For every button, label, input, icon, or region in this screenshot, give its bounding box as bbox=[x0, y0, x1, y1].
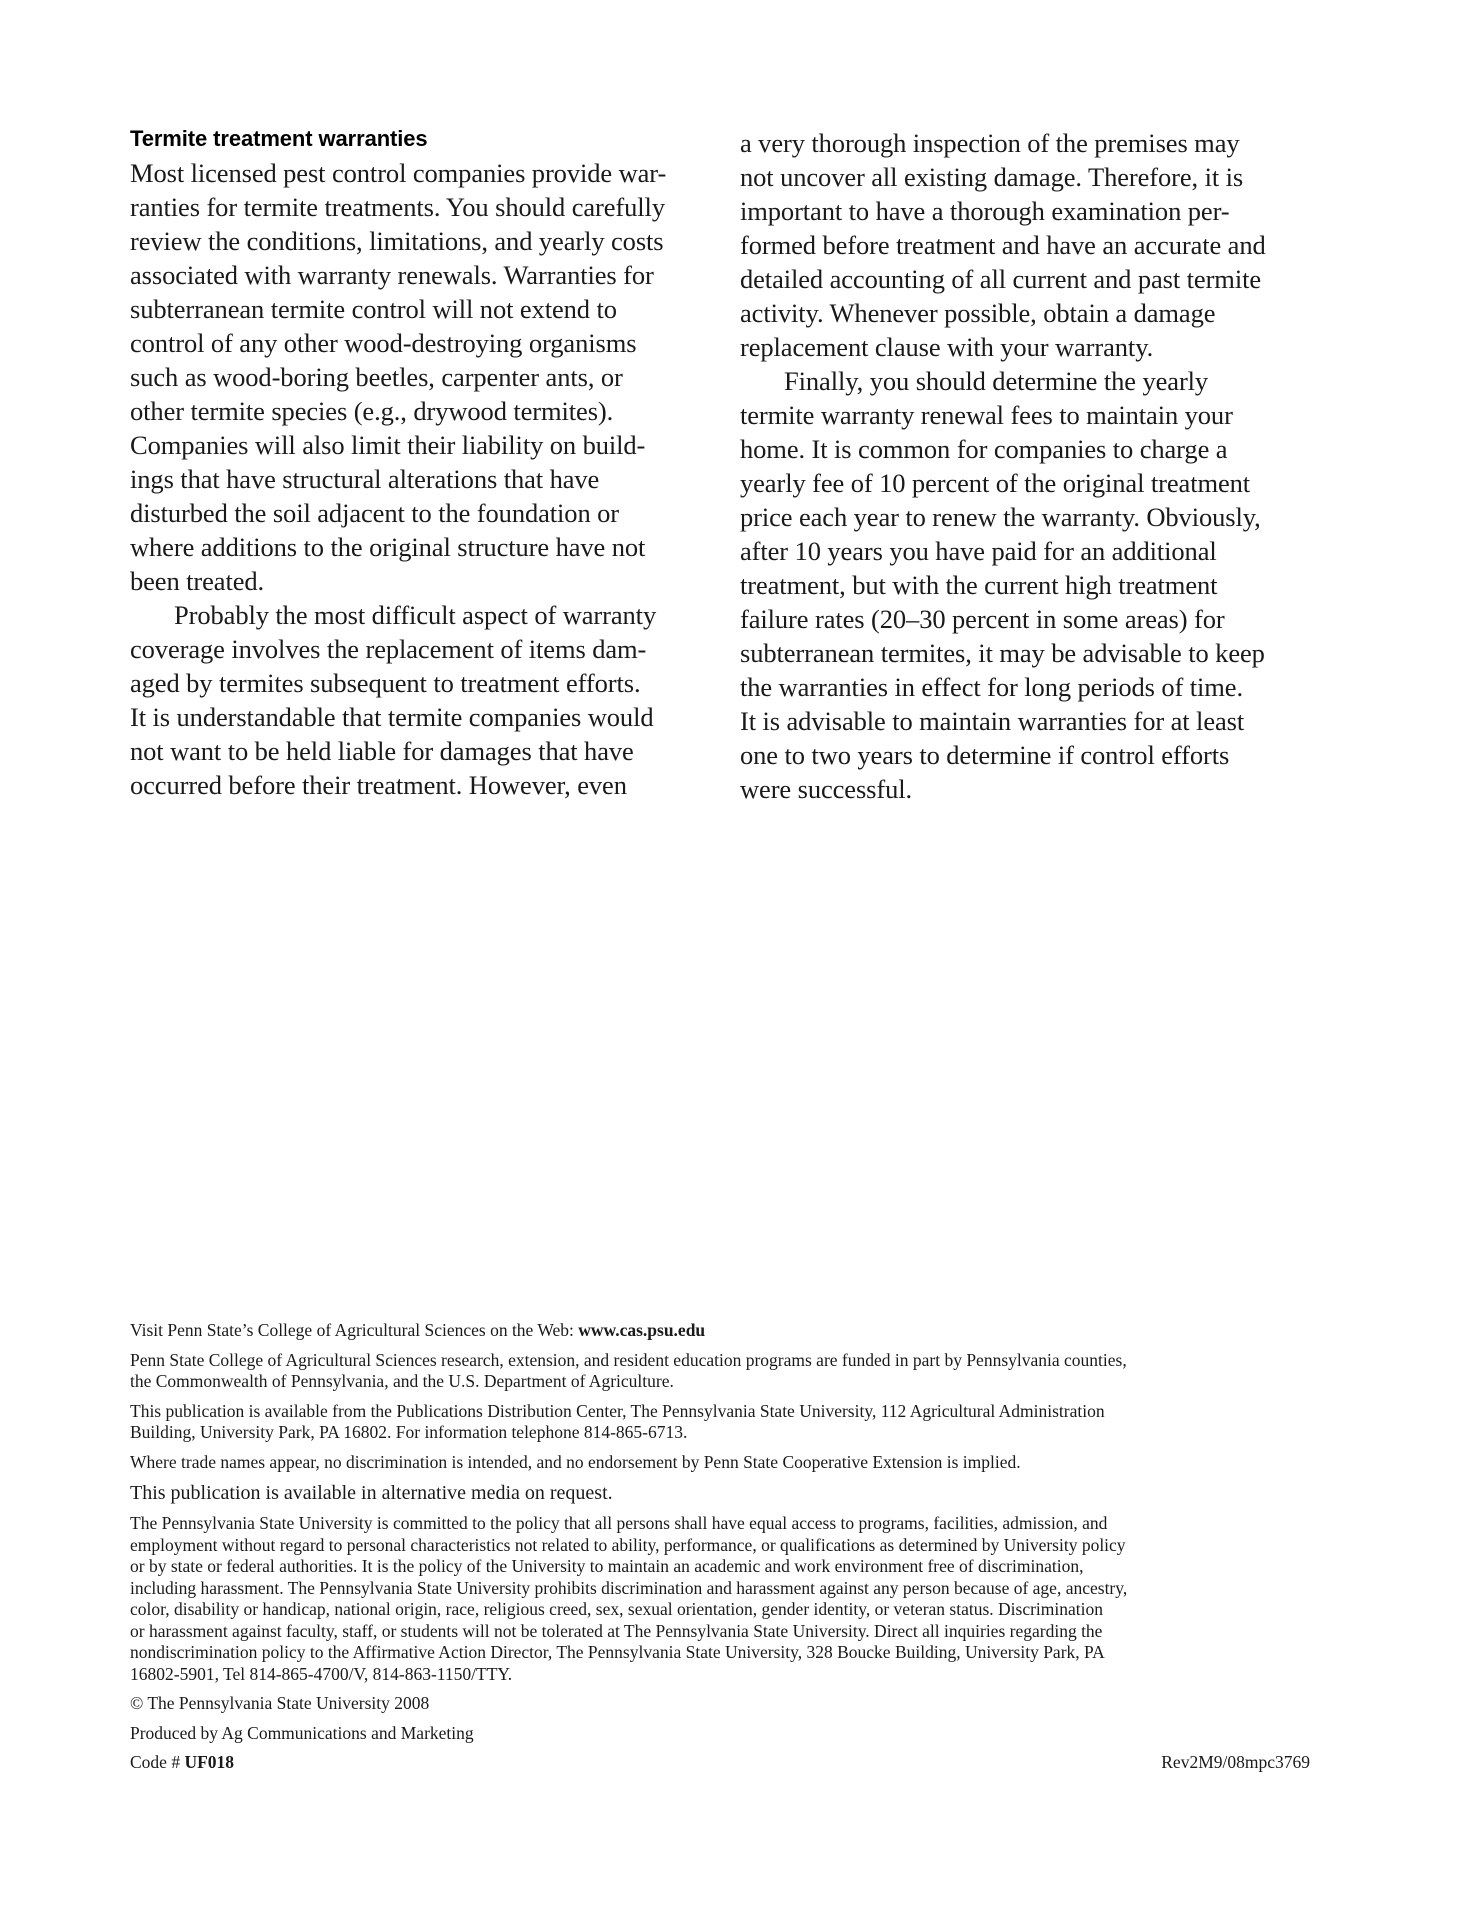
text-line: or by state or federal authorities. It i… bbox=[130, 1556, 1310, 1578]
text-line: subterranean termite control will not ex… bbox=[130, 292, 705, 326]
text-line: Penn State College of Agricultural Scien… bbox=[130, 1350, 1310, 1372]
website-prefix: Visit Penn State’s College of Agricultur… bbox=[130, 1320, 578, 1340]
text-line: subterranean termites, it may be advisab… bbox=[740, 636, 1320, 670]
funding-statement: Penn State College of Agricultural Scien… bbox=[130, 1350, 1310, 1393]
text-line: or harassment against faculty, staff, or… bbox=[130, 1621, 1310, 1643]
trade-names-disclaimer: Where trade names appear, no discriminat… bbox=[130, 1452, 1310, 1474]
text-line: been treated. bbox=[130, 564, 705, 598]
text-line: aged by termites subsequent to treatment… bbox=[130, 666, 705, 700]
text-line: color, disability or handicap, national … bbox=[130, 1599, 1310, 1621]
alternative-media-note: This publication is available in alterna… bbox=[130, 1481, 1310, 1505]
text-line: ranties for termite treatments. You shou… bbox=[130, 190, 705, 224]
text-line: failure rates (20–30 percent in some are… bbox=[740, 602, 1320, 636]
text-line: 16802-5901, Tel 814-865-4700/V, 814-863-… bbox=[130, 1664, 1310, 1686]
section-heading: Termite treatment warranties bbox=[130, 126, 705, 152]
revision-code: Rev2M9/08mpc3769 bbox=[1161, 1752, 1310, 1774]
code-label: Code # bbox=[130, 1752, 184, 1772]
text-line: It is understandable that termite compan… bbox=[130, 700, 705, 734]
availability-statement: This publication is available from the P… bbox=[130, 1401, 1310, 1444]
text-line: coverage involves the replacement of ite… bbox=[130, 632, 705, 666]
document-page: Termite treatment warranties Most licens… bbox=[0, 0, 1484, 1920]
text-line: other termite species (e.g., drywood ter… bbox=[130, 394, 705, 428]
text-line: formed before treatment and have an accu… bbox=[740, 228, 1320, 262]
code-row: Code # UF018 Rev2M9/08mpc3769 bbox=[130, 1752, 1310, 1774]
text-line: Finally, you should determine the yearly bbox=[740, 364, 1320, 398]
text-line: treatment, but with the current high tre… bbox=[740, 568, 1320, 602]
website-link[interactable]: www.cas.psu.edu bbox=[578, 1320, 705, 1340]
text-line: detailed accounting of all current and p… bbox=[740, 262, 1320, 296]
text-line: were successful. bbox=[740, 772, 1320, 806]
publication-footer: Visit Penn State’s College of Agricultur… bbox=[130, 1320, 1310, 1774]
text-line: Companies will also limit their liabilit… bbox=[130, 428, 705, 462]
text-line: review the conditions, limitations, and … bbox=[130, 224, 705, 258]
producer-credit: Produced by Ag Communications and Market… bbox=[130, 1723, 1310, 1745]
text-line: not want to be held liable for damages t… bbox=[130, 734, 705, 768]
text-line: termite warranty renewal fees to maintai… bbox=[740, 398, 1320, 432]
text-line: yearly fee of 10 percent of the original… bbox=[740, 466, 1320, 500]
text-line: the Commonwealth of Pennsylvania, and th… bbox=[130, 1371, 1310, 1393]
text-line: The Pennsylvania State University is com… bbox=[130, 1513, 1310, 1535]
text-line: important to have a thorough examination… bbox=[740, 194, 1320, 228]
text-line: disturbed the soil adjacent to the found… bbox=[130, 496, 705, 530]
text-line: home. It is common for companies to char… bbox=[740, 432, 1320, 466]
text-line: associated with warranty renewals. Warra… bbox=[130, 258, 705, 292]
text-line: including harassment. The Pennsylvania S… bbox=[130, 1578, 1310, 1600]
left-column: Termite treatment warranties Most licens… bbox=[130, 124, 705, 802]
text-line: replacement clause with your warranty. bbox=[740, 330, 1320, 364]
text-line: where additions to the original structur… bbox=[130, 530, 705, 564]
right-column: a very thorough inspection of the premis… bbox=[740, 126, 1320, 806]
text-line: Building, University Park, PA 16802. For… bbox=[130, 1422, 1310, 1444]
copyright-notice: © The Pennsylvania State University 2008 bbox=[130, 1693, 1310, 1715]
text-line: nondiscrimination policy to the Affirmat… bbox=[130, 1642, 1310, 1664]
text-line: This publication is available from the P… bbox=[130, 1401, 1310, 1423]
text-line: ings that have structural alterations th… bbox=[130, 462, 705, 496]
text-line: Probably the most difficult aspect of wa… bbox=[130, 598, 705, 632]
website-line: Visit Penn State’s College of Agricultur… bbox=[130, 1320, 1310, 1342]
text-line: one to two years to determine if control… bbox=[740, 738, 1320, 772]
paragraph-warranty-conditions: Most licensed pest control companies pro… bbox=[130, 156, 705, 598]
paragraph-inspection: a very thorough inspection of the premis… bbox=[740, 126, 1320, 364]
publication-code: UF018 bbox=[184, 1752, 234, 1772]
text-line: It is advisable to maintain warranties f… bbox=[740, 704, 1320, 738]
text-line: activity. Whenever possible, obtain a da… bbox=[740, 296, 1320, 330]
paragraph-damage-replacement: Probably the most difficult aspect of wa… bbox=[130, 598, 705, 802]
text-line: Most licensed pest control companies pro… bbox=[130, 156, 705, 190]
nondiscrimination-policy: The Pennsylvania State University is com… bbox=[130, 1513, 1310, 1685]
text-line: a very thorough inspection of the premis… bbox=[740, 126, 1320, 160]
text-line: the warranties in effect for long period… bbox=[740, 670, 1320, 704]
text-line: price each year to renew the warranty. O… bbox=[740, 500, 1320, 534]
text-line: not uncover all existing damage. Therefo… bbox=[740, 160, 1320, 194]
paragraph-renewal-fees: Finally, you should determine the yearly… bbox=[740, 364, 1320, 806]
text-line: occurred before their treatment. However… bbox=[130, 768, 705, 802]
text-line: such as wood-boring beetles, carpenter a… bbox=[130, 360, 705, 394]
text-line: control of any other wood-destroying org… bbox=[130, 326, 705, 360]
text-line: after 10 years you have paid for an addi… bbox=[740, 534, 1320, 568]
text-line: employment without regard to personal ch… bbox=[130, 1535, 1310, 1557]
